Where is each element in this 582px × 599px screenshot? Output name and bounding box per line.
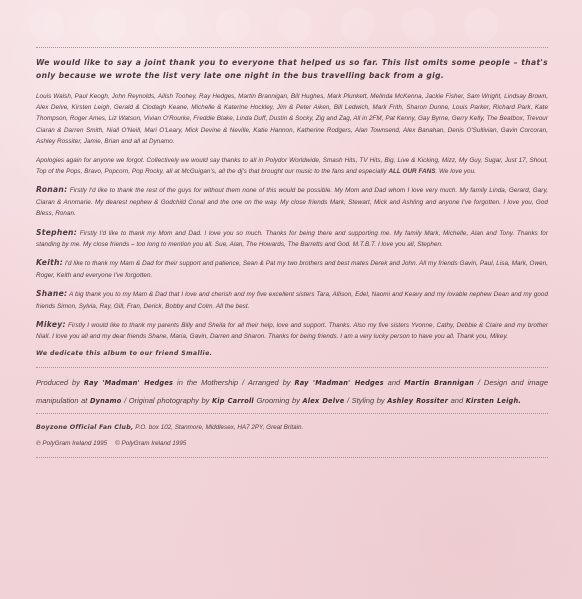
watermark-shape <box>154 8 188 42</box>
apologies-paragraph: Apologies again for anyone we forgot. Co… <box>36 155 548 177</box>
member-text: Firstly I would like to thank my parents… <box>36 322 548 340</box>
watermark-shape <box>278 8 312 42</box>
member-text: Firstly I'd like to thank my Mom and Dad… <box>36 230 548 248</box>
member-text: Firstly I'd like to thank the rest of th… <box>36 187 548 216</box>
names-list: Louis Walsh, Paul Keogh, John Reynolds, … <box>36 91 548 147</box>
credit-label: and <box>384 378 404 387</box>
production-credits: Produced by Ray 'Madman' Hedges in the M… <box>36 374 548 410</box>
member-name: Mikey: <box>36 320 66 329</box>
credit-arranger: Ray 'Madman' Hedges <box>294 379 383 387</box>
background-watermark <box>30 8 550 48</box>
member-thanks-keith: Keith: I'd like to thank my Mam & Dad fo… <box>36 257 548 280</box>
watermark-shape <box>216 8 250 42</box>
dotted-divider-bottom <box>36 457 548 458</box>
credit-label: Grooming by <box>254 396 303 405</box>
member-thanks-ronan: Ronan: Firstly I'd like to thank the res… <box>36 184 548 219</box>
member-text: I'd like to thank my Mam & Dad for their… <box>36 260 548 278</box>
watermark-shape <box>402 8 436 42</box>
member-name: Stephen: <box>36 228 77 237</box>
credit-groomer: Alex Delve <box>303 397 345 405</box>
member-text: A big thank you to my Mam & Dad that I l… <box>36 291 548 309</box>
dedication: We dedicate this album to our friend Sma… <box>36 350 548 357</box>
credit-arranger: Martin Brannigan <box>404 379 474 387</box>
watermark-shape <box>340 8 374 42</box>
credit-label: Produced by <box>36 378 84 387</box>
credit-photographer: Kip Carroll <box>212 397 254 405</box>
credit-label: and <box>448 396 466 405</box>
apologies-emphasis: ALL OUR FANS <box>388 168 435 175</box>
credit-stylist: Kirsten Leigh. <box>466 397 521 405</box>
dotted-divider-top <box>36 47 548 48</box>
credit-label: in the Mothership / Arranged by <box>173 378 294 387</box>
watermark-shape <box>92 8 126 42</box>
dotted-divider-credits <box>36 413 548 414</box>
thank-you-page: We would like to say a joint thank you t… <box>36 47 548 458</box>
credit-design: Dynamo <box>90 397 122 405</box>
member-name: Ronan: <box>36 185 67 194</box>
watermark-shape <box>30 8 64 42</box>
dotted-divider-middle <box>36 367 548 368</box>
copyright-notice: © PolyGram Ireland 1995 <box>115 440 186 447</box>
credit-label: / Original photography by <box>121 396 211 405</box>
fan-club-address: Boyzone Official Fan Club, P.O. box 102,… <box>36 422 548 433</box>
member-thanks-stephen: Stephen: Firstly I'd like to thank my Mo… <box>36 227 548 250</box>
credit-producer: Ray 'Madman' Hedges <box>84 379 173 387</box>
credit-stylist: Ashley Rossiter <box>387 397 448 405</box>
watermark-shape <box>464 8 498 42</box>
apologies-closing: . We love you. <box>435 168 475 175</box>
member-thanks-mikey: Mikey: Firstly I would like to thank my … <box>36 319 548 342</box>
fan-club-name: Boyzone Official Fan Club, <box>36 424 134 431</box>
member-name: Shane: <box>36 289 67 298</box>
credit-label: / Styling by <box>344 396 387 405</box>
intro-statement: We would like to say a joint thank you t… <box>36 56 548 82</box>
fan-club-address-text: P.O. box 102, Stanmore, Middlesex, HA7 2… <box>134 424 304 431</box>
member-name: Keith: <box>36 258 63 267</box>
copyright-notices: ℗ PolyGram Ireland 1995© PolyGram Irelan… <box>36 438 548 449</box>
phonogram-copyright: ℗ PolyGram Ireland 1995 <box>36 440 107 447</box>
member-thanks-shane: Shane: A big thank you to my Mam & Dad t… <box>36 288 548 311</box>
